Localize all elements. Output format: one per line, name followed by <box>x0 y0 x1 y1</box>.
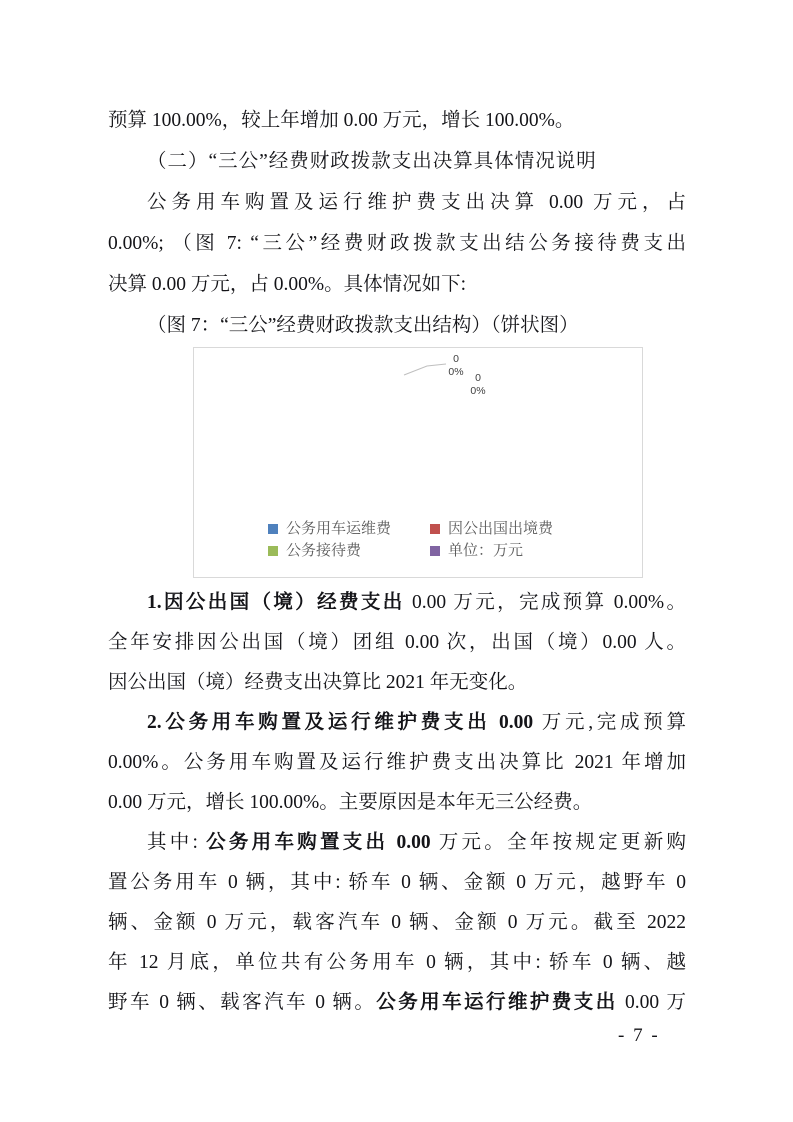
line-text-bold: 2.公务用车购置及运行维护费支出 0.00 <box>147 712 533 733</box>
text-line: 年 12 月底，单位共有公务用车 0 辆，其中: 轿车 0 辆、越 <box>108 943 686 983</box>
line-text: 0.00%。公务用车购置及运行维护费支出决算比 2021 年增加 <box>108 752 686 773</box>
line-text: 0.00 万 <box>618 992 686 1013</box>
text-line: 置公务用车 0 辆，其中: 轿车 0 辆、金额 0 万元，越野车 0 <box>108 863 686 903</box>
line-text: 野车 0 辆、载客汽车 0 辆。 <box>108 992 376 1013</box>
text-line: 因公出国（境）经费支出决算比 2021 年无变化。 <box>108 663 686 703</box>
legend-label: 因公出国出境费 <box>448 521 553 537</box>
legend-item: 公务用车运维费 <box>268 521 391 537</box>
line-text: 0.00%; （图 7: “三公”经费财政拨款支出结公务接待费支出 <box>108 233 686 254</box>
line-text: 全年安排因公出国（境）团组 0.00 次，出国（境）0.00 人。 <box>108 632 686 653</box>
text-line: 0.00%; （图 7: “三公”经费财政拨款支出结公务接待费支出 <box>108 223 686 264</box>
document-page: 预算 100.00%，较上年增加 0.00 万元，增长 100.00%。 （二）… <box>0 0 793 1122</box>
text-line: 辆、金额 0 万元，载客汽车 0 辆、金额 0 万元。截至 2022 <box>108 903 686 943</box>
legend-swatch-icon <box>268 546 278 556</box>
heading-text: （二）“三公”经费财政拨款支出决算具体情况说明 <box>147 151 597 172</box>
pie-data-label: 0 0% <box>460 372 496 398</box>
data-label-value: 0 <box>460 372 496 385</box>
text-line: 其中: 公务用车购置支出 0.00 万元。全年按规定更新购 <box>108 823 686 863</box>
line-text: 预算 100.00%，较上年增加 0.00 万元，增长 100.00%。 <box>108 110 574 131</box>
legend-item: 公务接待费 <box>268 543 361 559</box>
legend-swatch-icon <box>430 524 440 534</box>
figure-caption: （图 7：“三公”经费财政拨款支出结构）（饼状图） <box>108 305 686 346</box>
caption-text: （图 7：“三公”经费财政拨款支出结构）（饼状图） <box>147 315 579 336</box>
line-text: 0.00 万元，增长 100.00%。主要原因是本年无三公经费。 <box>108 792 592 813</box>
text-line: 预算 100.00%，较上年增加 0.00 万元，增长 100.00%。 <box>108 100 686 141</box>
line-text-bold: 公务用车运行维护费支出 <box>376 992 617 1013</box>
line-text: 万元,完成预算 <box>533 712 686 733</box>
line-text-bold: 1.因公出国（境）经费支出 <box>147 592 405 613</box>
line-text-bold: 公务用车购置支出 0.00 <box>206 832 430 853</box>
text-line: 0.00%。公务用车购置及运行维护费支出决算比 2021 年增加 <box>108 743 686 783</box>
text-line: 公务用车购置及运行维护费支出决算 0.00 万元，占 <box>108 182 686 223</box>
legend-swatch-icon <box>268 524 278 534</box>
page-number: - 7 - <box>618 1025 660 1047</box>
chart-legend-row: 公务用车运维费 因公出国出境费 <box>194 521 642 537</box>
body-section: 1.因公出国（境）经费支出 0.00 万元，完成预算 0.00%。 全年安排因公… <box>108 583 686 1023</box>
data-label-value: 0 <box>438 353 474 366</box>
legend-label: 单位：万元 <box>448 543 523 559</box>
text-line: 决算 0.00 万元，占 0.00%。具体情况如下: <box>108 264 686 305</box>
legend-item: 因公出国出境费 <box>430 521 553 537</box>
text-line: 全年安排因公出国（境）团组 0.00 次，出国（境）0.00 人。 <box>108 623 686 663</box>
legend-label: 公务用车运维费 <box>286 521 391 537</box>
text-line: 野车 0 辆、载客汽车 0 辆。公务用车运行维护费支出 0.00 万 <box>108 983 686 1023</box>
text-line: 1.因公出国（境）经费支出 0.00 万元，完成预算 0.00%。 <box>108 583 686 623</box>
legend-item: 单位：万元 <box>430 543 523 559</box>
chart-legend-row: 公务接待费 单位：万元 <box>194 543 642 559</box>
line-text: 年 12 月底，单位共有公务用车 0 辆，其中: 轿车 0 辆、越 <box>108 952 686 973</box>
line-text: 置公务用车 0 辆，其中: 轿车 0 辆、金额 0 万元，越野车 0 <box>108 872 686 893</box>
line-text: 决算 0.00 万元，占 0.00%。具体情况如下: <box>108 274 466 295</box>
pie-chart-figure: 0 0% 0 0% 公务用车运维费 因公出国出境费 <box>193 347 643 578</box>
data-label-percent: 0% <box>460 385 496 398</box>
line-text: 万元。全年按规定更新购 <box>431 832 686 853</box>
document-body: 预算 100.00%，较上年增加 0.00 万元，增长 100.00%。 （二）… <box>108 100 686 1023</box>
legend-label: 公务接待费 <box>286 543 361 559</box>
line-text: 0.00 万元，完成预算 0.00%。 <box>405 592 686 613</box>
line-text: 公务用车购置及运行维护费支出决算 0.00 万元，占 <box>147 192 686 213</box>
line-text: 辆、金额 0 万元，载客汽车 0 辆、金额 0 万元。截至 2022 <box>108 912 686 933</box>
text-line: 0.00 万元，增长 100.00%。主要原因是本年无三公经费。 <box>108 783 686 823</box>
line-text: 其中: <box>147 832 206 853</box>
legend-swatch-icon <box>430 546 440 556</box>
text-line: 2.公务用车购置及运行维护费支出 0.00 万元,完成预算 <box>108 703 686 743</box>
line-text: 因公出国（境）经费支出决算比 2021 年无变化。 <box>108 672 527 693</box>
section-heading: （二）“三公”经费财政拨款支出决算具体情况说明 <box>108 141 686 182</box>
